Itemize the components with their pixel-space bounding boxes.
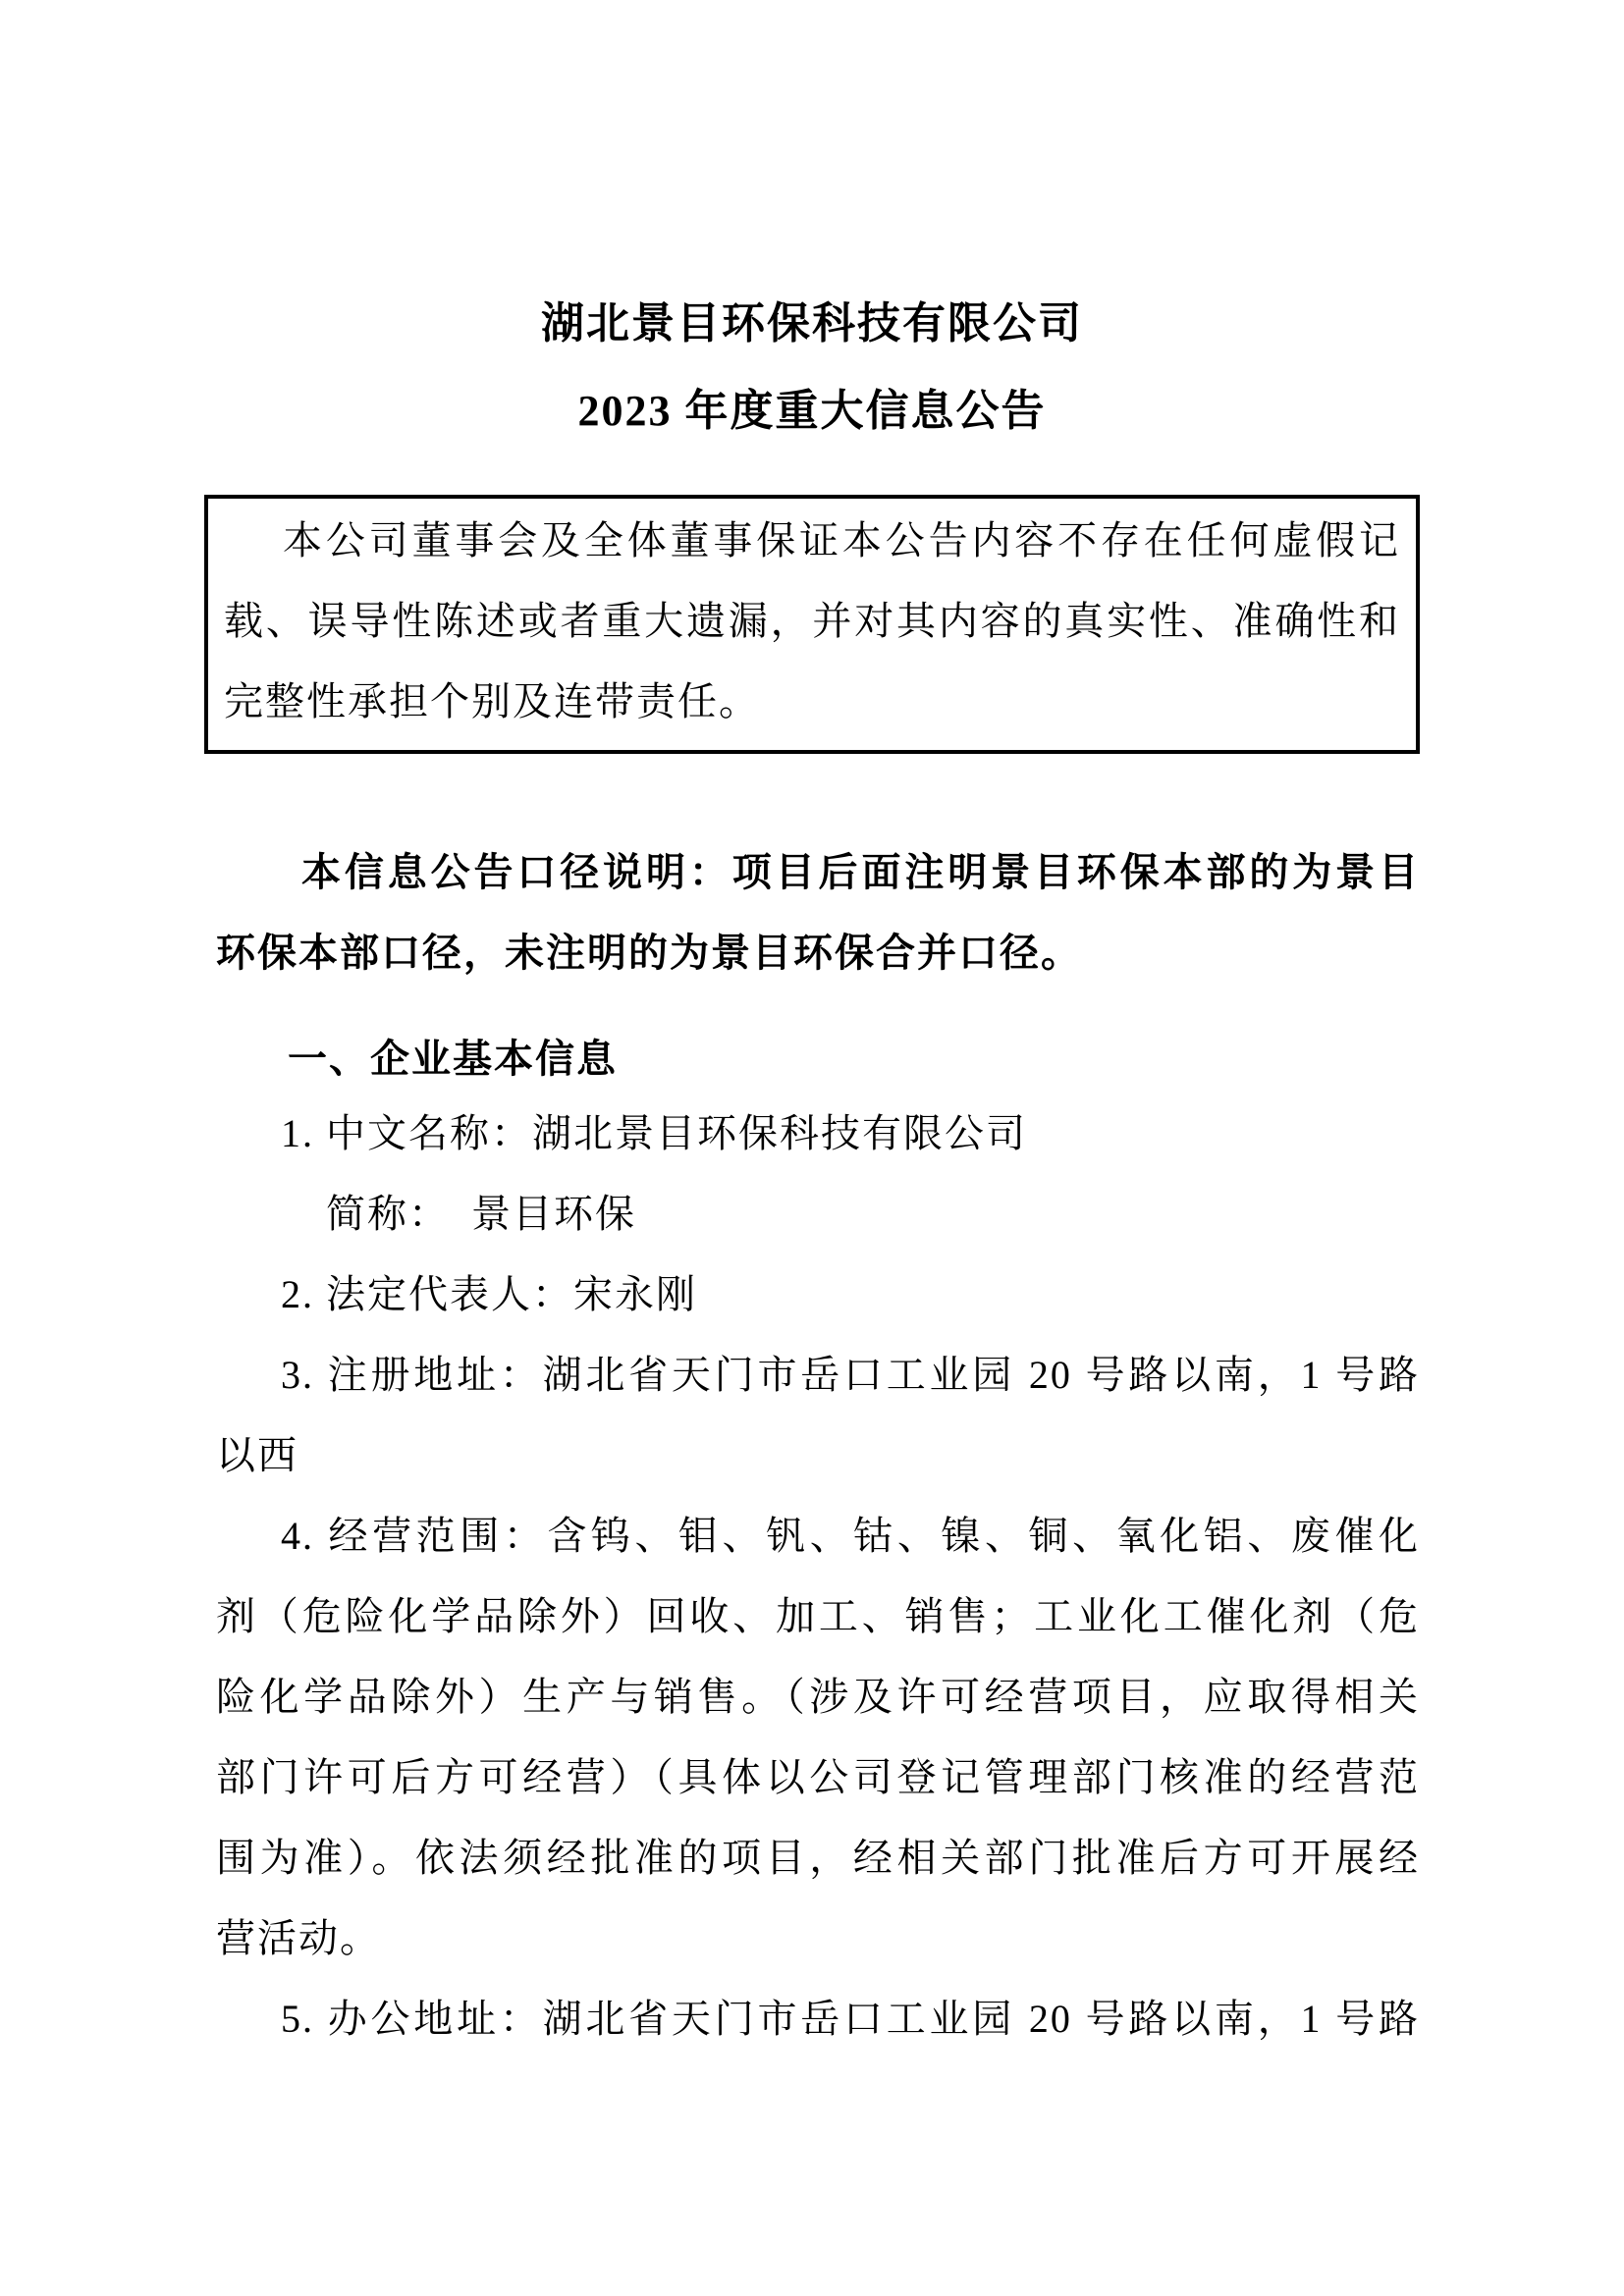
basic-info-items: 1. 中文名称：湖北景目环保科技有限公司 简称： 景目环保 2. 法定代表人：宋… <box>216 1094 1420 2059</box>
item-business-scope-line-6: 营活动。 <box>216 1898 1420 1979</box>
item-business-scope-line-3: 险化学品除外）生产与销售。（涉及许可经营项目，应取得相关 <box>216 1657 1420 1737</box>
item-chinese-name: 1. 中文名称：湖北景目环保科技有限公司 <box>216 1094 1420 1174</box>
caliber-note-paragraph: 本信息公告口径说明：项目后面注明景目环保本部的为景目 环保本部口径，未注明的为景… <box>216 832 1420 993</box>
item-business-scope-line-1: 4. 经营范围：含钨、钼、钒、钴、镍、铜、氧化铝、废催化 <box>216 1496 1420 1576</box>
announcement-document-page: 湖北景目环保科技有限公司 2023 年度重大信息公告 本公司董事会及全体董事保证… <box>0 0 1624 2296</box>
item-business-scope-line-4: 部门许可后方可经营）（具体以公司登记管理部门核准的经营范 <box>216 1737 1420 1818</box>
disclaimer-line-1: 本公司董事会及全体董事保证本公告内容不存在任何虚假记 <box>224 501 1400 581</box>
item-office-address-line-1: 5. 办公地址：湖北省天门市岳口工业园 20 号路以南，1 号路 <box>216 1979 1420 2059</box>
disclaimer-box: 本公司董事会及全体董事保证本公告内容不存在任何虚假记 载、误导性陈述或者重大遗漏… <box>204 495 1420 754</box>
item-business-scope-line-2: 剂（危险化学品除外）回收、加工、销售；工业化工催化剂（危 <box>216 1576 1420 1657</box>
disclaimer-line-2: 载、误导性陈述或者重大遗漏，并对其内容的真实性、准确性和 <box>224 581 1400 662</box>
item-legal-representative: 2. 法定代表人：宋永刚 <box>216 1255 1420 1335</box>
caliber-note-line-1: 本信息公告口径说明：项目后面注明景目环保本部的为景目 <box>216 832 1420 913</box>
document-title: 湖北景目环保科技有限公司 <box>0 284 1624 364</box>
item-registered-address-line-1: 3. 注册地址：湖北省天门市岳口工业园 20 号路以南，1 号路 <box>216 1335 1420 1415</box>
disclaimer-line-3: 完整性承担个别及连带责任。 <box>224 662 1400 742</box>
section-heading-basic-info: 一、企业基本信息 <box>216 1019 1420 1099</box>
item-short-name: 简称： 景目环保 <box>216 1174 1420 1255</box>
document-subtitle: 2023 年度重大信息公告 <box>0 371 1624 452</box>
item-business-scope-line-5: 围为准）。依法须经批准的项目，经相关部门批准后方可开展经 <box>216 1818 1420 1898</box>
item-registered-address-line-2: 以西 <box>216 1415 1420 1496</box>
caliber-note-line-2: 环保本部口径，未注明的为景目环保合并口径。 <box>216 913 1420 993</box>
